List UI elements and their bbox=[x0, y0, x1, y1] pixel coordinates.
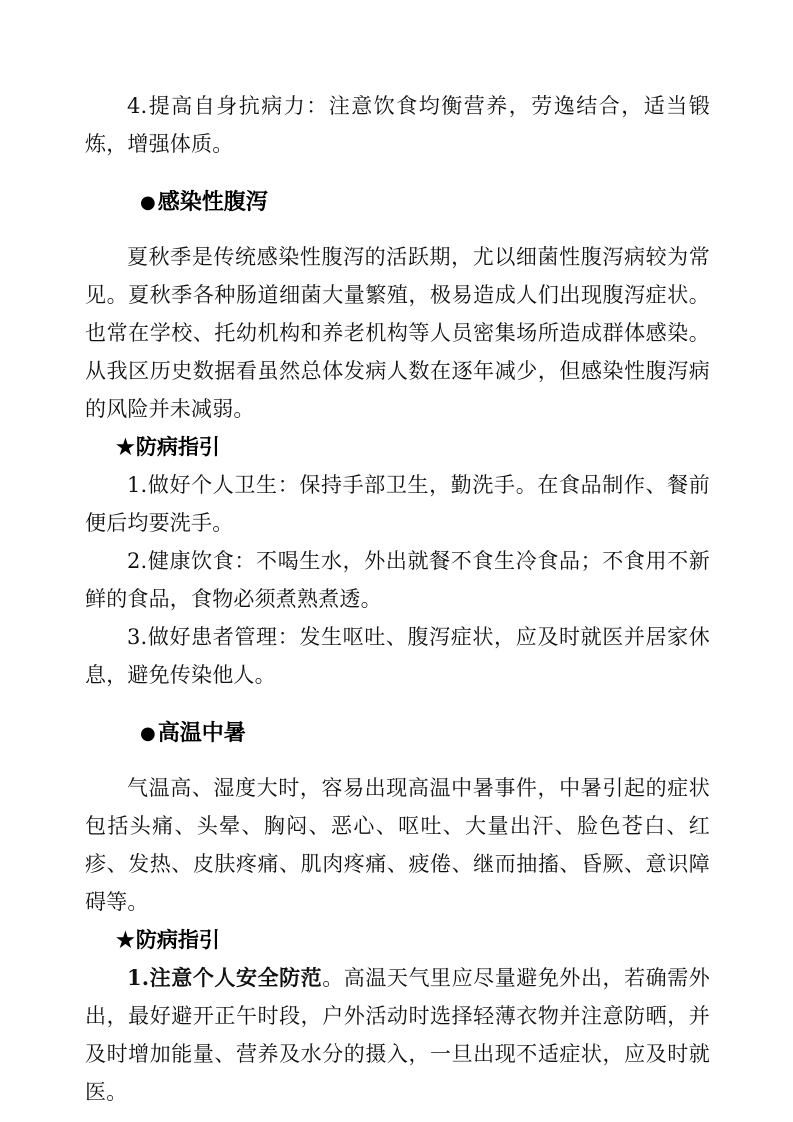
section-title: 高温中暑 bbox=[158, 720, 246, 746]
guide-item-2: 2.健康饮食：不喝生水，外出就餐不食生冷食品；不食用不新鲜的食品，食物必须煮熟煮… bbox=[85, 542, 710, 618]
guide-title: 防病指引 bbox=[136, 927, 220, 952]
guide-heading-diarrhea: ★防病指引 bbox=[85, 428, 710, 466]
bullet-icon: ● bbox=[140, 184, 156, 222]
document-page: 4.提高自身抗病力：注意饮食均衡营养，劳逸结合，适当锻炼，增强体质。 ●感染性腹… bbox=[0, 0, 793, 1122]
guide-title: 防病指引 bbox=[136, 434, 220, 459]
guide-item-1: 1.注意个人安全防范。高温天气里应尽量避免外出，若确需外出，最好避开正午时段，户… bbox=[85, 959, 710, 1111]
section-body-paragraph: 气温高、湿度大时，容易出现高温中暑事件，中暑引起的症状包括头痛、头晕、胸闷、恶心… bbox=[85, 769, 710, 921]
bullet-icon: ● bbox=[140, 715, 156, 753]
section-heading-infectious-diarrhea: ●感染性腹泻 bbox=[85, 183, 710, 222]
guide-item-1: 1.做好个人卫生：保持手部卫生，勤洗手。在食品制作、餐前便后均要洗手。 bbox=[85, 466, 710, 542]
star-icon: ★ bbox=[116, 428, 135, 466]
section-heading-heat-stroke: ●高温中暑 bbox=[85, 714, 710, 753]
guide-item-bold-lead: 1.注意个人安全防范 bbox=[127, 965, 322, 990]
section-title: 感染性腹泻 bbox=[158, 189, 268, 215]
guide-heading-heat: ★防病指引 bbox=[85, 921, 710, 959]
star-icon: ★ bbox=[116, 921, 135, 959]
guide-item-3: 3.做好患者管理：发生呕吐、腹泻症状，应及时就医并居家休息，避免传染他人。 bbox=[85, 618, 710, 694]
intro-paragraph: 4.提高自身抗病力：注意饮食均衡营养，劳逸结合，适当锻炼，增强体质。 bbox=[85, 87, 710, 163]
section-body-paragraph: 夏秋季是传统感染性腹泻的活跃期，尤以细菌性腹泻病较为常见。夏秋季各种肠道细菌大量… bbox=[85, 238, 710, 428]
